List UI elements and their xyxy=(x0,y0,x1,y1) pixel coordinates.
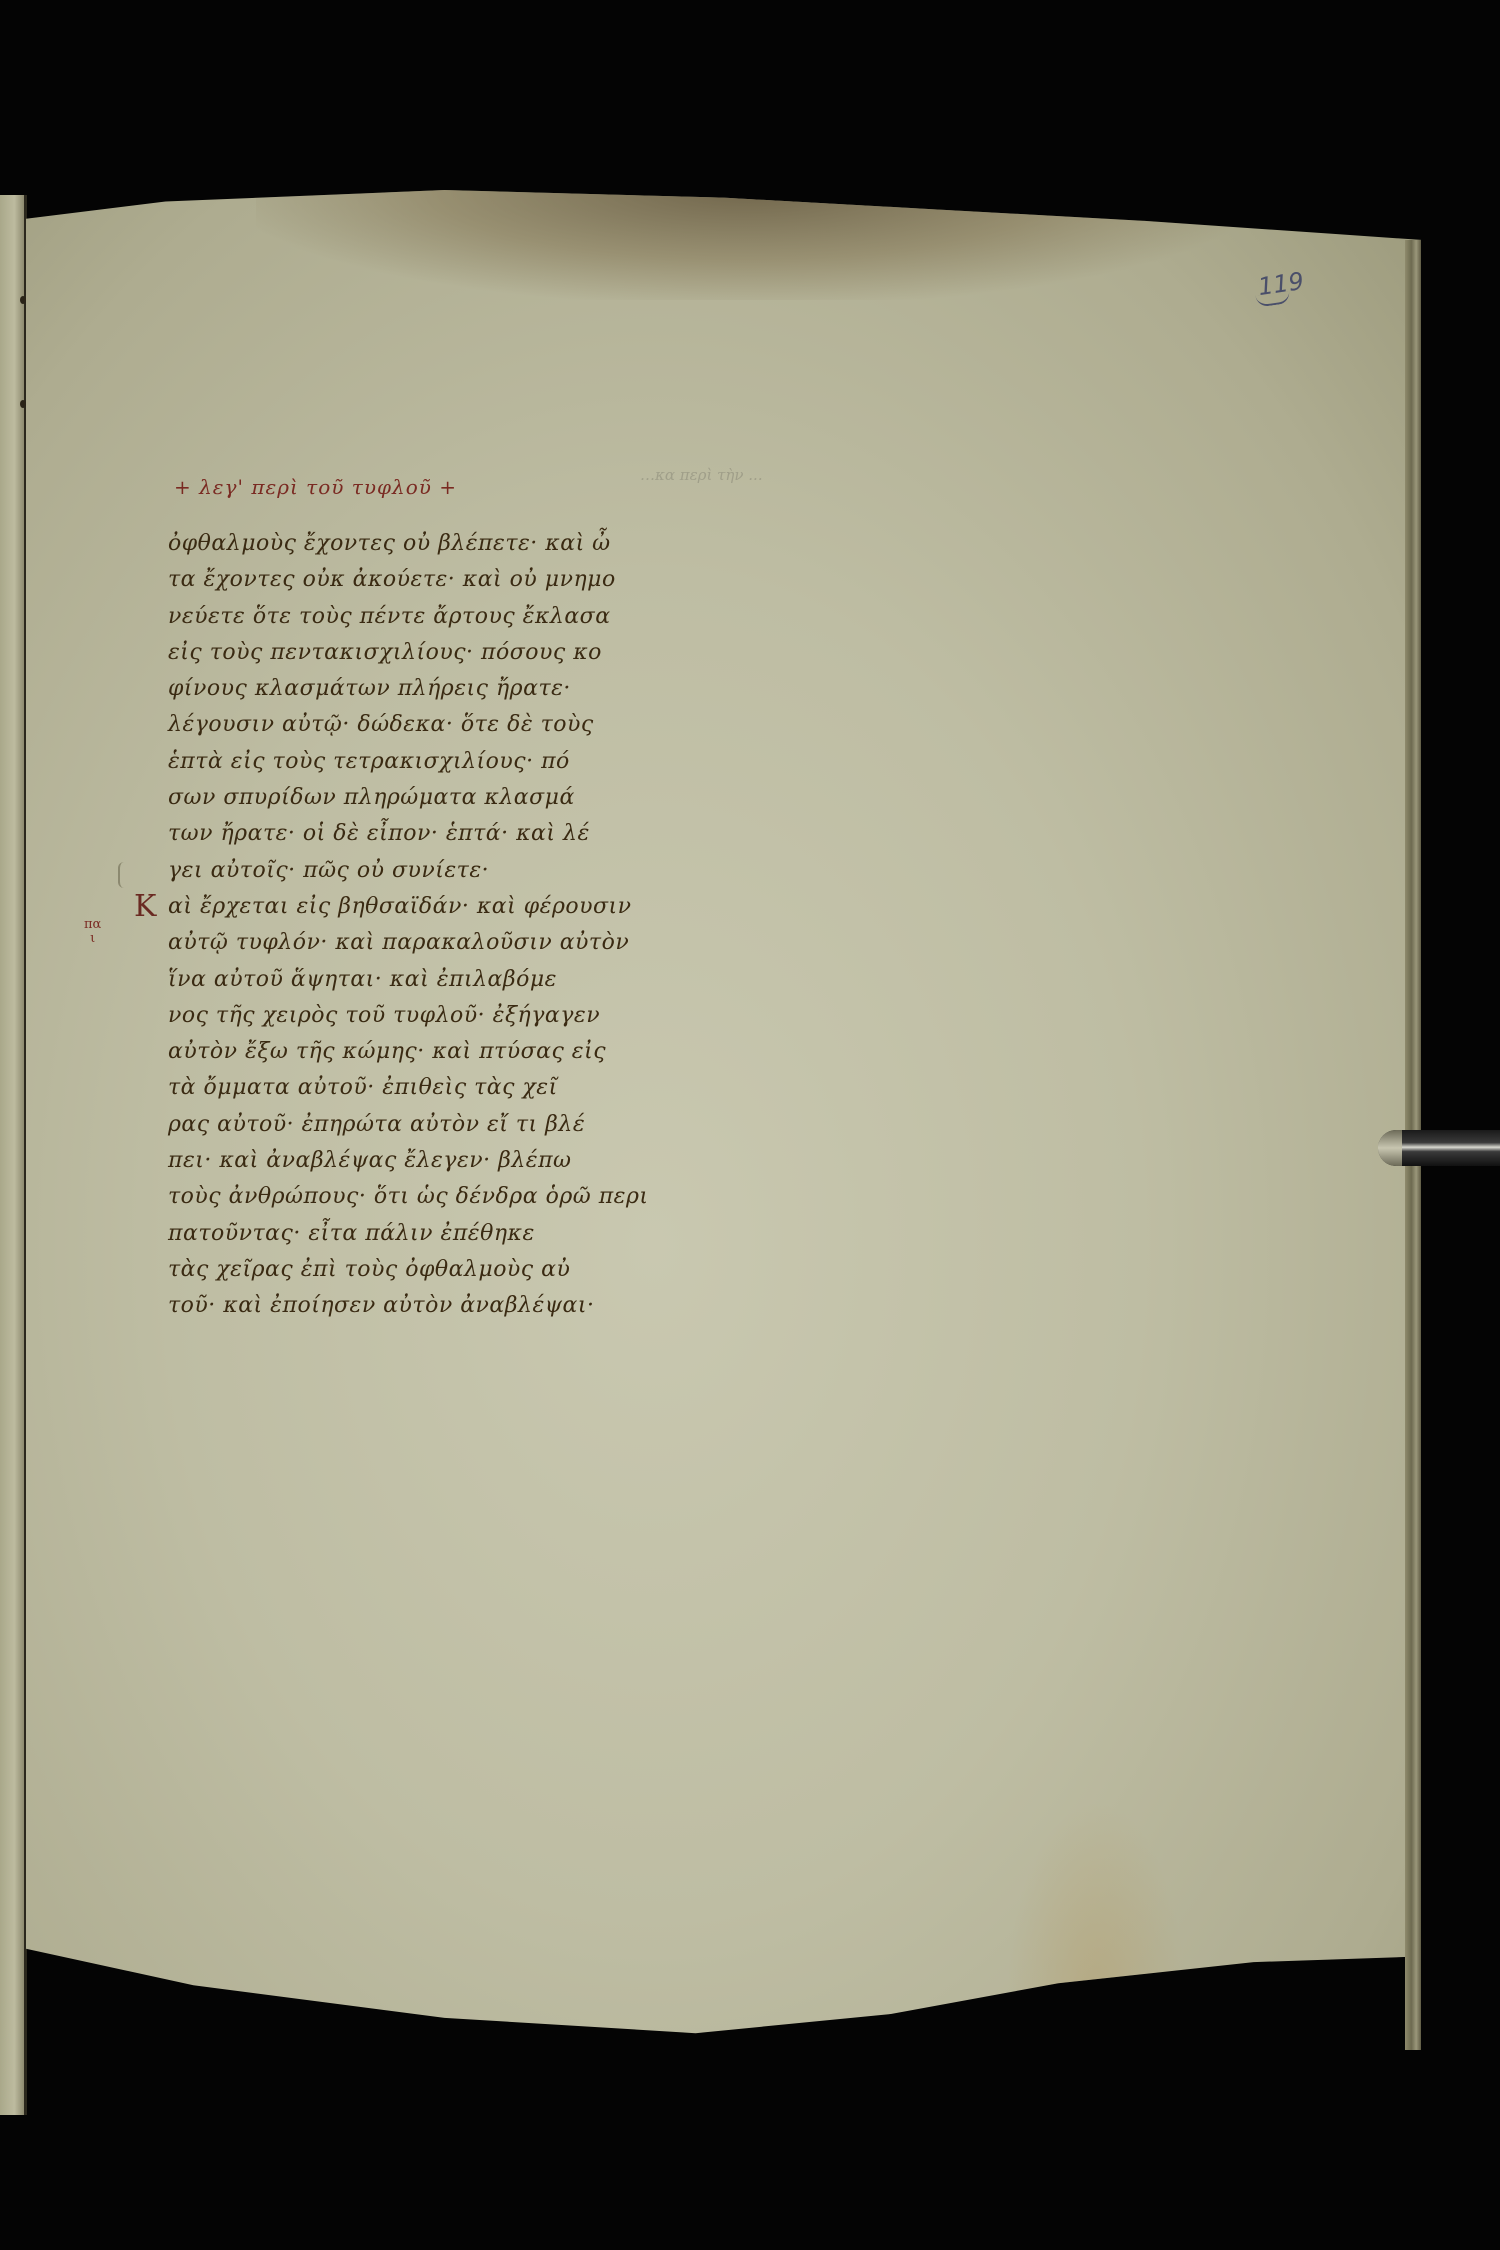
text-line: εἰς τοὺς πεντακισχιλίους· πόσους κο xyxy=(168,635,708,671)
text-line: ὀφθαλμοὺς ἔχοντες οὐ βλέπετε· καὶ ὦ xyxy=(168,526,708,562)
gutter-mark xyxy=(20,296,26,304)
chapter-marker-line-2: ι xyxy=(84,932,101,946)
text-line: ρας αὐτοῦ· ἐπηρώτα αὐτὸν εἴ τι βλέ xyxy=(168,1107,708,1143)
text-line: νεύετε ὅτε τοὺς πέντε ἄρτους ἔκλασα xyxy=(168,599,708,635)
text-line: των ἤρατε· οἱ δὲ εἶπον· ἑπτά· καὶ λέ xyxy=(168,816,708,852)
text-line: σων σπυρίδων πληρώματα κλασμά xyxy=(168,780,708,816)
water-stain-top xyxy=(256,190,1236,300)
manuscript-photograph: 119 …κα περὶ τὴν ... πα ι + λεγ' περὶ το… xyxy=(0,0,1500,2250)
text-line: πει· καὶ ἀναβλέψας ἔλεγεν· βλέπω xyxy=(168,1143,708,1179)
water-stain-bottom xyxy=(1006,1800,1186,2000)
text-line: τοὺς ἀνθρώπους· ὅτι ὡς δένδρα ὁρῶ περι xyxy=(168,1179,708,1215)
chapter-marker-line-1: πα xyxy=(84,918,101,932)
text-line: αὶ ἔρχεται εἰς βηθσαϊδάν· καὶ φέρουσιν xyxy=(168,894,632,919)
text-line: ἑπτὰ εἰς τοὺς τετρακισχιλίους· πό xyxy=(168,744,708,780)
rubric-heading: + λεγ' περὶ τοῦ τυφλοῦ + xyxy=(174,470,708,510)
text-line: αὐτῷ τυφλόν· καὶ παρακαλοῦσιν αὐτὸν xyxy=(168,925,708,961)
text-line: τοῦ· καὶ ἐποίησεν αὐτὸν ἀναβλέψαι· xyxy=(168,1288,708,1324)
text-line: πατοῦντας· εἶτα πάλιν ἐπέθηκε xyxy=(168,1216,708,1252)
facing-page-edge xyxy=(0,195,27,2115)
page-weight-clip xyxy=(1378,1130,1500,1166)
text-line: φίνους κλασμάτων πλήρεις ἤρατε· xyxy=(168,671,708,707)
text-column: + λεγ' περὶ τοῦ τυφλοῦ + ὀφθαλμοὺς ἔχοντ… xyxy=(168,470,708,1325)
text-line: τὰς χεῖρας ἐπὶ τοὺς ὀφθαλμοὺς αὐ xyxy=(168,1252,708,1288)
text-line: γει αὐτοῖς· πῶς οὐ συνίετε· xyxy=(168,853,708,889)
gutter-mark xyxy=(20,400,26,408)
text-line: τα ἔχοντες οὐκ ἀκούετε· καὶ οὐ μνημο xyxy=(168,562,708,598)
decorated-initial: Κ xyxy=(134,889,157,925)
text-line: νος τῆς χειρὸς τοῦ τυφλοῦ· ἐξήγαγεν xyxy=(168,998,708,1034)
text-line: τὰ ὄμματα αὐτοῦ· ἐπιθεὶς τὰς χεῖ xyxy=(168,1070,708,1106)
marginal-bracket xyxy=(118,862,128,888)
chapter-marker: πα ι xyxy=(84,918,101,946)
text-line: λέγουσιν αὐτῷ· δώδεκα· ὅτε δὲ τοὺς xyxy=(168,707,708,743)
text-line: ἵνα αὐτοῦ ἅψηται· καὶ ἐπιλαβόμε xyxy=(168,962,708,998)
text-line: αὐτὸν ἔξω τῆς κώμης· καὶ πτύσας εἰς xyxy=(168,1034,708,1070)
text-line-with-initial: Κ αὶ ἔρχεται εἰς βηθσαϊδάν· καὶ φέρουσιν xyxy=(168,889,708,925)
